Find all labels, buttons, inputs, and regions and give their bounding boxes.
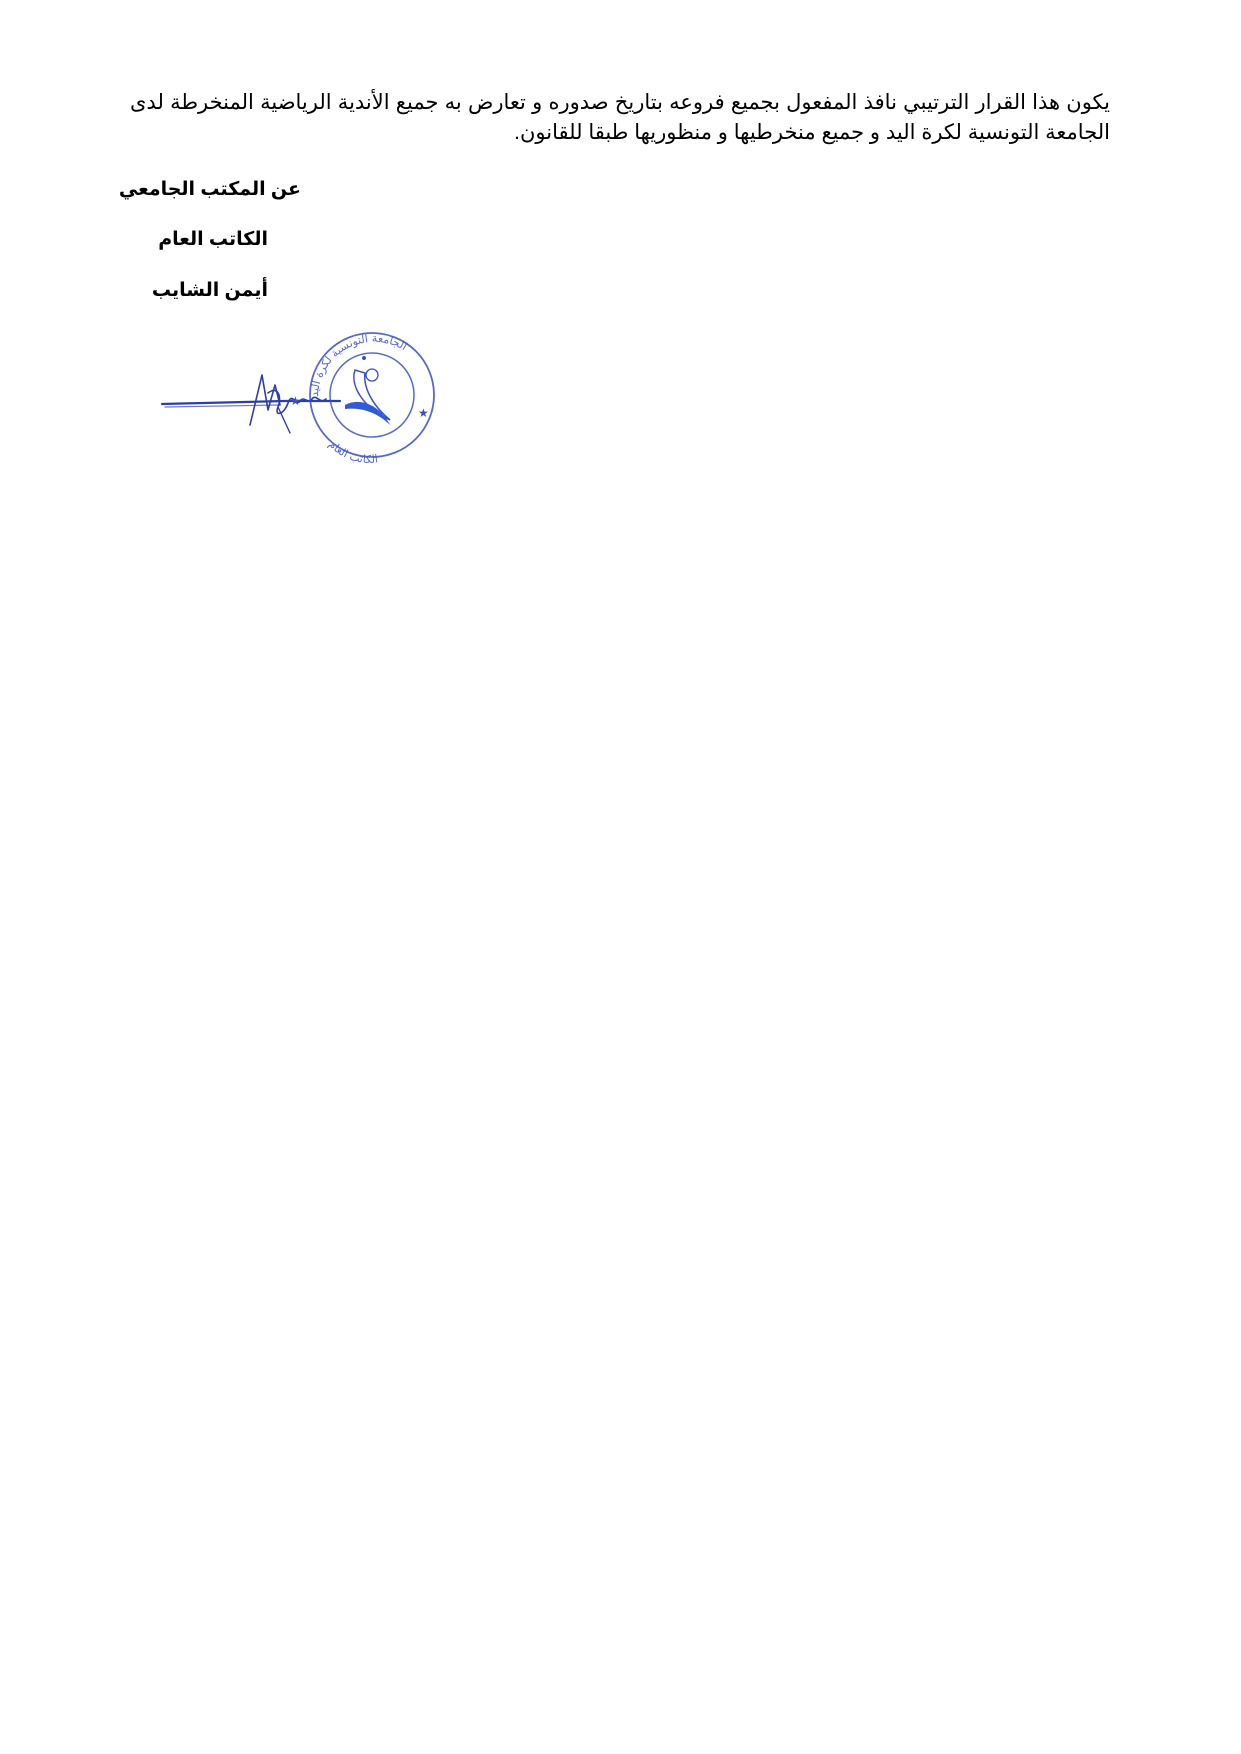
stamp-bottom-text: الكاتب العام bbox=[326, 438, 379, 466]
signature-and-stamp: الجامعة التونسية لكرة اليد الكاتب العام … bbox=[150, 325, 450, 475]
svg-text:★: ★ bbox=[418, 406, 429, 420]
svg-text:الجامعة التونسية لكرة اليد: الجامعة التونسية لكرة اليد bbox=[308, 332, 409, 397]
signatory-name: أيمن الشايب bbox=[150, 279, 268, 302]
svg-text:★: ★ bbox=[290, 394, 301, 408]
signature-office-label: عن المكتب الجامعي bbox=[133, 178, 301, 201]
svg-text:الكاتب العام: الكاتب العام bbox=[326, 438, 379, 466]
stamp-top-text: الجامعة التونسية لكرة اليد bbox=[308, 332, 409, 397]
signature-title-label: الكاتب العام bbox=[150, 228, 268, 251]
decision-body-paragraph: يكون هذا القرار الترتيبي نافذ المفعول بج… bbox=[130, 88, 1110, 148]
